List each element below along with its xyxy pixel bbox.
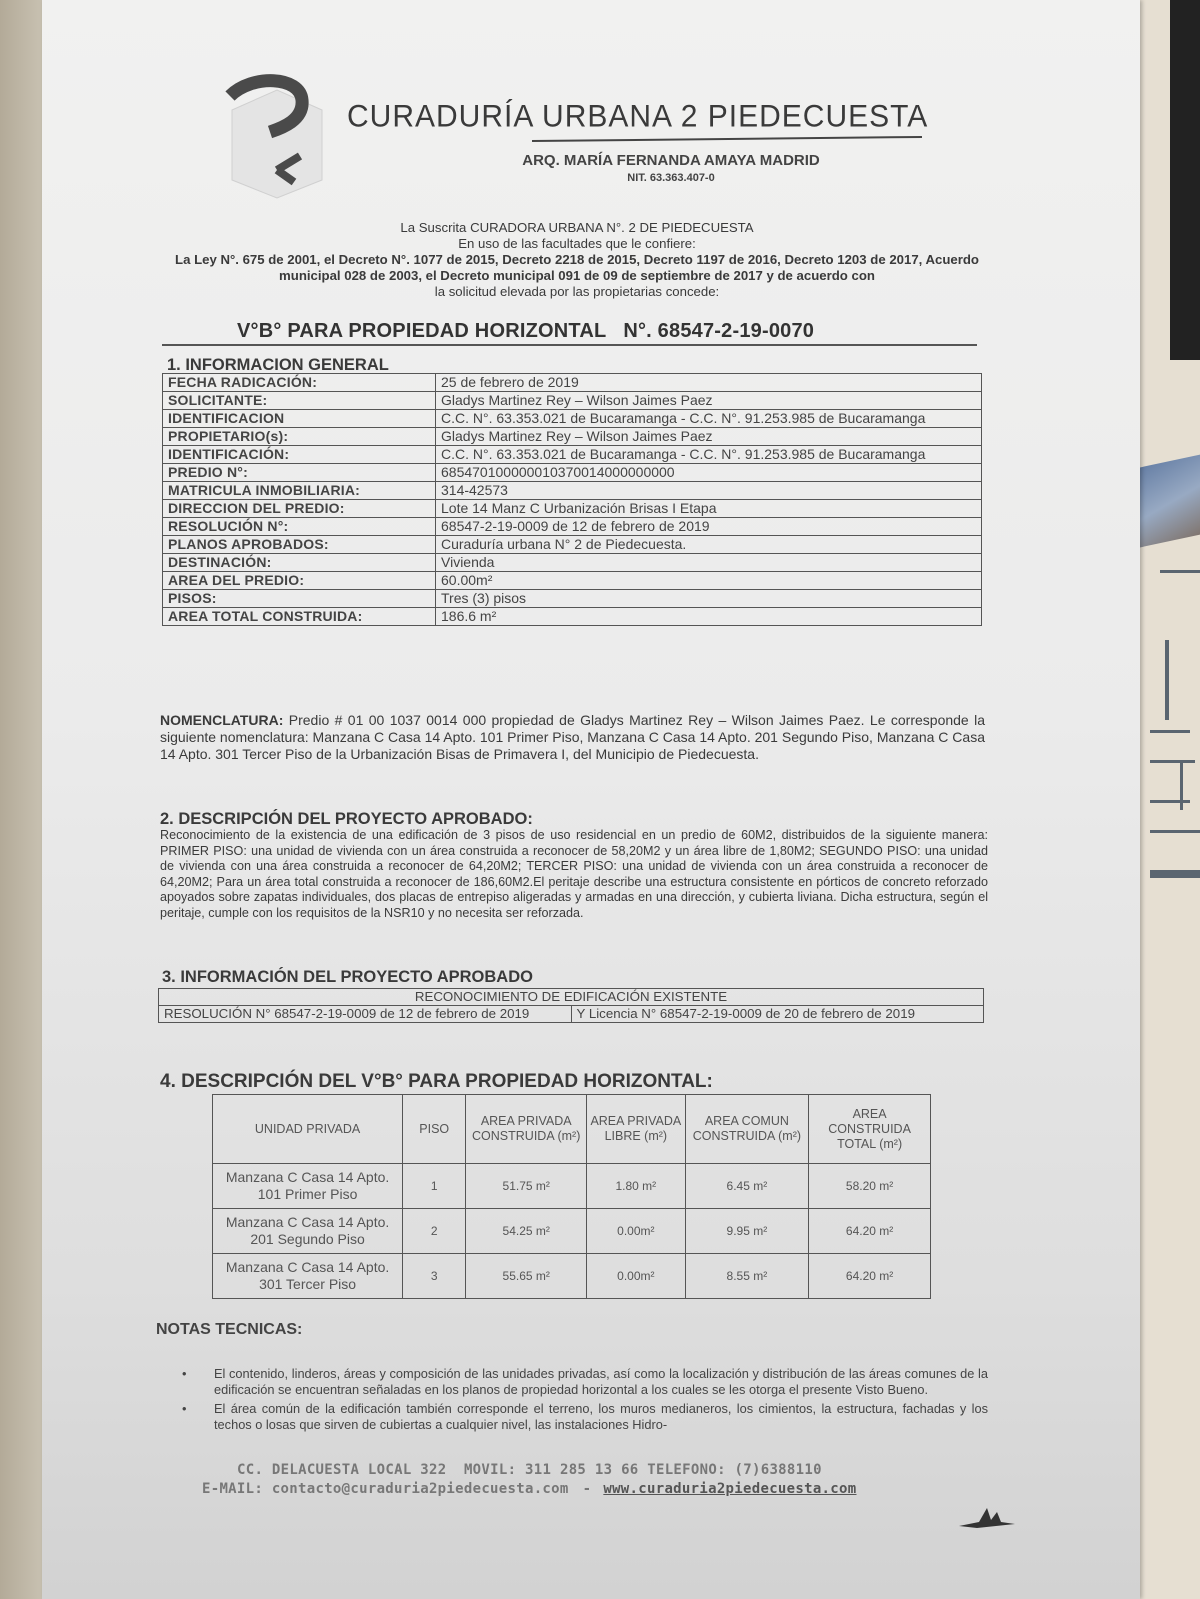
- general-info-row: AREA TOTAL CONSTRUIDA:186.6 m²: [163, 608, 982, 626]
- general-info-label: SOLICITANTE:: [163, 392, 436, 410]
- document-page: CURADURÍA URBANA 2 PIEDECUESTA ARQ. MARÍ…: [42, 0, 1140, 1599]
- general-info-label: AREA TOTAL CONSTRUIDA:: [163, 608, 436, 626]
- general-info-value: C.C. N°. 63.353.021 de Bucaramanga - C.C…: [436, 410, 982, 428]
- project-table-header: RECONOCIMIENTO DE EDIFICACIÓN EXISTENTE: [159, 989, 984, 1006]
- section4-heading: 4. DESCRIPCIÓN DEL V°B° PARA PROPIEDAD H…: [160, 1071, 713, 1093]
- general-info-value: Gladys Martinez Rey – Wilson Jaimes Paez: [436, 428, 982, 446]
- table-cell-private-built: 55.65 m²: [466, 1254, 587, 1299]
- column-header: AREA CONSTRUIDA TOTAL (m²): [809, 1095, 931, 1164]
- general-info-value: 685470100000010370014000000000: [436, 464, 982, 482]
- table-cell-common-built: 9.95 m²: [685, 1209, 809, 1254]
- general-info-row: RESOLUCIÓN N°:68547-2-19-0009 de 12 de f…: [163, 518, 982, 536]
- table-cell-total-built: 64.20 m²: [809, 1254, 931, 1299]
- technical-notes-list: •El contenido, linderos, áreas y composi…: [182, 1366, 988, 1436]
- signature-mark-icon: [957, 1500, 1017, 1530]
- background-pattern: [1150, 870, 1200, 878]
- general-info-label: IDENTIFICACIÓN:: [163, 446, 436, 464]
- general-info-value: C.C. N°. 63.353.021 de Bucaramanga - C.C…: [436, 446, 982, 464]
- footer-separator: -: [583, 1481, 592, 1497]
- table-cell-floor: 1: [403, 1164, 466, 1209]
- general-info-value: Tres (3) pisos: [436, 590, 982, 608]
- table-cell-unit: Manzana C Casa 14 Apto. 201 Segundo Piso: [213, 1209, 403, 1254]
- column-header: AREA PRIVADA LIBRE (m²): [587, 1095, 685, 1164]
- general-info-label: DESTINACIÓN:: [163, 554, 436, 572]
- table-row: Manzana C Casa 14 Apto. 301 Tercer Piso3…: [213, 1254, 931, 1299]
- general-info-label: PROPIETARIO(s):: [163, 428, 436, 446]
- document-title: V°B° PARA PROPIEDAD HORIZONTAL N°. 68547…: [237, 320, 814, 343]
- table-cell-private-free: 1.80 m²: [587, 1164, 685, 1209]
- table-cell-private-built: 54.25 m²: [466, 1209, 587, 1254]
- project-info-table: RECONOCIMIENTO DE EDIFICACIÓN EXISTENTE …: [158, 988, 984, 1023]
- general-info-label: PLANOS APROBADOS:: [163, 536, 436, 554]
- general-info-table: FECHA RADICACIÓN:25 de febrero de 2019SO…: [162, 373, 982, 626]
- general-info-label: PISOS:: [163, 590, 436, 608]
- intro-prefix: La Suscrita: [400, 220, 470, 235]
- general-info-value: 60.00m²: [436, 572, 982, 590]
- footer-address: CC. DELACUESTA LOCAL 322 MOVIL: 311 285 …: [237, 1462, 822, 1478]
- column-header: PISO: [403, 1095, 466, 1164]
- brand-underline: [532, 136, 922, 142]
- table-cell-common-built: 8.55 m²: [685, 1254, 809, 1299]
- background-shadow: [1170, 0, 1200, 360]
- general-info-row: PLANOS APROBADOS:Curaduría urbana N° 2 d…: [163, 536, 982, 554]
- general-info-label: RESOLUCIÓN N°:: [163, 518, 436, 536]
- table-cell-common-built: 6.45 m²: [685, 1164, 809, 1209]
- table-cell-private-built: 51.75 m²: [466, 1164, 587, 1209]
- general-info-row: DIRECCION DEL PREDIO:Lote 14 Manz C Urba…: [163, 500, 982, 518]
- nomenclature-text: Predio # 01 00 1037 0014 000 propiedad d…: [160, 712, 985, 762]
- general-info-row: MATRICULA INMOBILIARIA:314-42573: [163, 482, 982, 500]
- intro-line-2: En uso de las facultades que le confiere…: [162, 236, 992, 252]
- section3-heading: 3. INFORMACIÓN DEL PROYECTO APROBADO: [162, 968, 533, 987]
- footer-website-link[interactable]: www.curaduria2piedecuesta.com: [603, 1481, 856, 1497]
- general-info-value: 25 de febrero de 2019: [436, 374, 982, 392]
- general-info-row: IDENTIFICACIÓN:C.C. N°. 63.353.021 de Bu…: [163, 446, 982, 464]
- general-info-label: MATRICULA INMOBILIARIA:: [163, 482, 436, 500]
- general-info-value: Lote 14 Manz C Urbanización Brisas I Eta…: [436, 500, 982, 518]
- background-pattern: [1150, 800, 1190, 803]
- table-cell-unit: Manzana C Casa 14 Apto. 301 Tercer Piso: [213, 1254, 403, 1299]
- background-pattern: [1160, 570, 1200, 573]
- table-cell-total-built: 58.20 m²: [809, 1164, 931, 1209]
- table-cell-private-free: 0.00m²: [587, 1209, 685, 1254]
- general-info-row: PISOS:Tres (3) pisos: [163, 590, 982, 608]
- general-info-label: AREA DEL PREDIO:: [163, 572, 436, 590]
- technical-note: •El contenido, linderos, áreas y composi…: [182, 1366, 988, 1397]
- brand-name: CURADURÍA URBANA 2 PIEDECUESTA: [347, 99, 928, 135]
- project-description: Reconocimiento de la existencia de una e…: [160, 828, 988, 922]
- nomenclature-label: NOMENCLATURA:: [160, 712, 283, 728]
- license-cell: Y Licencia N° 68547-2-19-0009 de 20 de f…: [571, 1006, 984, 1023]
- general-info-row: DESTINACIÓN:Vivienda: [163, 554, 982, 572]
- column-header: AREA COMUN CONSTRUIDA (m²): [685, 1095, 809, 1164]
- horizontal-property-table: UNIDAD PRIVADAPISOAREA PRIVADA CONSTRUID…: [212, 1094, 931, 1299]
- background-pattern: [1150, 730, 1190, 733]
- intro-legal-basis: La Ley N°. 675 de 2001, el Decreto N°. 1…: [162, 252, 992, 284]
- architect-name: ARQ. MARÍA FERNANDA AMAYA MADRID: [42, 152, 1140, 169]
- table-cell-private-free: 0.00m²: [587, 1254, 685, 1299]
- general-info-row: PROPIETARIO(s):Gladys Martinez Rey – Wil…: [163, 428, 982, 446]
- general-info-label: FECHA RADICACIÓN:: [163, 374, 436, 392]
- intro-line-4: la solicitud elevada por las propietaria…: [162, 284, 992, 300]
- table-cell-total-built: 64.20 m²: [809, 1209, 931, 1254]
- table-row: Manzana C Casa 14 Apto. 201 Segundo Piso…: [213, 1209, 931, 1254]
- nit-number: NIT. 63.363.407-0: [42, 172, 1140, 184]
- table-cell-floor: 3: [403, 1254, 466, 1299]
- background-pattern: [1150, 760, 1195, 763]
- general-info-value: 186.6 m²: [436, 608, 982, 626]
- nomenclature-paragraph: NOMENCLATURA: Predio # 01 00 1037 0014 0…: [160, 712, 985, 763]
- general-info-label: PREDIO N°:: [163, 464, 436, 482]
- general-info-row: AREA DEL PREDIO:60.00m²: [163, 572, 982, 590]
- intro-curadora: CURADORA URBANA N°. 2 DE PIEDECUESTA: [470, 220, 754, 235]
- resolution-cell: RESOLUCIÓN N° 68547-2-19-0009 de 12 de f…: [159, 1006, 572, 1023]
- technical-note-text: El contenido, linderos, áreas y composic…: [214, 1366, 988, 1397]
- technical-notes-heading: NOTAS TECNICAS:: [156, 1321, 302, 1339]
- footer-contact: E-MAIL: contacto@curaduria2piedecuesta.c…: [202, 1481, 856, 1497]
- general-info-label: DIRECCION DEL PREDIO:: [163, 500, 436, 518]
- table-row: Manzana C Casa 14 Apto. 101 Primer Piso1…: [213, 1164, 931, 1209]
- title-rule: [162, 344, 977, 346]
- general-info-row: PREDIO N°:685470100000010370014000000000: [163, 464, 982, 482]
- column-header: UNIDAD PRIVADA: [213, 1095, 403, 1164]
- general-info-value: 68547-2-19-0009 de 12 de febrero de 2019: [436, 518, 982, 536]
- general-info-value: Gladys Martinez Rey – Wilson Jaimes Paez: [436, 392, 982, 410]
- background-pattern: [1130, 450, 1200, 549]
- section2-heading: 2. DESCRIPCIÓN DEL PROYECTO APROBADO:: [160, 810, 533, 829]
- general-info-row: FECHA RADICACIÓN:25 de febrero de 2019: [163, 374, 982, 392]
- background-pattern: [1165, 640, 1169, 720]
- general-info-label: IDENTIFICACION: [163, 410, 436, 428]
- footer-email: E-MAIL: contacto@curaduria2piedecuesta.c…: [202, 1481, 569, 1497]
- technical-note: •El área común de la edificación también…: [182, 1401, 988, 1432]
- intro-line-1: La Suscrita CURADORA URBANA N°. 2 DE PIE…: [162, 220, 992, 236]
- bullet-icon: •: [182, 1401, 186, 1417]
- technical-note-text: El área común de la edificación también …: [214, 1401, 988, 1432]
- background-pattern: [1150, 830, 1200, 833]
- column-header: AREA PRIVADA CONSTRUIDA (m²): [466, 1095, 587, 1164]
- general-info-value: 314-42573: [436, 482, 982, 500]
- table-cell-floor: 2: [403, 1209, 466, 1254]
- general-info-value: Curaduría urbana N° 2 de Piedecuesta.: [436, 536, 982, 554]
- general-info-row: SOLICITANTE:Gladys Martinez Rey – Wilson…: [163, 392, 982, 410]
- table-cell-unit: Manzana C Casa 14 Apto. 101 Primer Piso: [213, 1164, 403, 1209]
- intro-paragraph: La Suscrita CURADORA URBANA N°. 2 DE PIE…: [162, 220, 992, 300]
- bullet-icon: •: [182, 1366, 186, 1382]
- general-info-value: Vivienda: [436, 554, 982, 572]
- general-info-row: IDENTIFICACIONC.C. N°. 63.353.021 de Buc…: [163, 410, 982, 428]
